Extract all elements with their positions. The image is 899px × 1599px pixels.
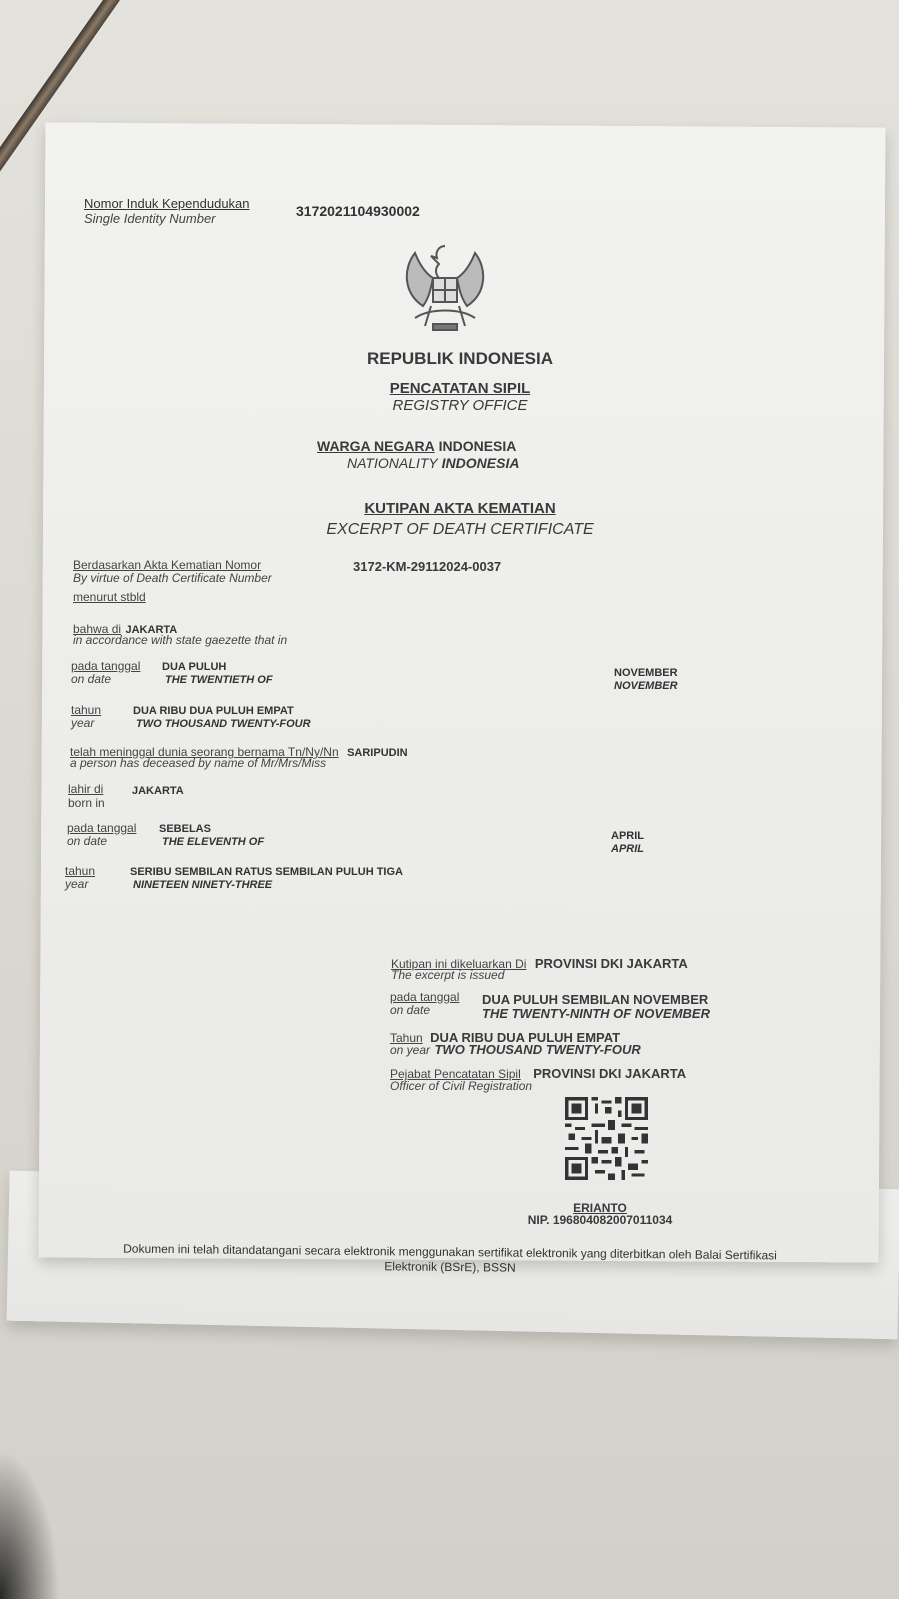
qr-code-icon[interactable] bbox=[565, 1097, 648, 1180]
place-label-en: in accordance with state gaezette that i… bbox=[73, 634, 287, 647]
issued-value: PROVINSI DKI JAKARTA bbox=[535, 956, 688, 971]
office-title: PENCATATAN SIPIL bbox=[300, 380, 620, 397]
officer-value: PROVINSI DKI JAKARTA bbox=[533, 1066, 686, 1081]
nik-value: 3172021104930002 bbox=[296, 203, 420, 219]
certificate-title-en: EXCERPT OF DEATH CERTIFICATE bbox=[300, 521, 620, 539]
birth-day: SEBELAS bbox=[159, 823, 211, 836]
death-year: DUA RIBU DUA PULUH EMPAT bbox=[133, 705, 294, 718]
nik-label-en: Single Identity Number bbox=[84, 212, 216, 225]
death-year-label-en: year bbox=[71, 717, 94, 730]
nationality-row: WARGA NEGARA INDONESIA bbox=[317, 438, 516, 454]
name-label-en: a person has deceased by name of Mr/Mrs/… bbox=[70, 757, 326, 770]
birth-year: SERIBU SEMBILAN RATUS SEMBILAN PULUH TIG… bbox=[130, 866, 403, 879]
birth-month: APRIL bbox=[611, 830, 644, 843]
death-month: NOVEMBER bbox=[614, 667, 678, 680]
name-value: SARIPUDIN bbox=[347, 747, 408, 759]
country-title: REPUBLIK INDONESIA bbox=[300, 349, 620, 369]
issued-label-en: The excerpt is issued bbox=[391, 969, 504, 982]
stbld-label: menurut stbld bbox=[73, 591, 146, 604]
death-month-en: NOVEMBER bbox=[614, 680, 678, 693]
officer-label-en: Officer of Civil Registration bbox=[390, 1080, 532, 1093]
birth-day-en: THE ELEVENTH OF bbox=[162, 836, 264, 849]
signer-nip: NIP. 196804082007011034 bbox=[500, 1213, 700, 1227]
death-day-en: THE TWENTIETH OF bbox=[165, 674, 273, 687]
garuda-emblem-icon bbox=[395, 238, 495, 338]
nationality-label-en: NATIONALITY bbox=[347, 455, 438, 471]
certificate-title: KUTIPAN AKTA KEMATIAN bbox=[300, 500, 620, 517]
office-title-en: REGISTRY OFFICE bbox=[300, 397, 620, 414]
birthplace-label-en: born in bbox=[68, 797, 105, 810]
issue-year-row-en: on year TWO THOUSAND TWENTY-FOUR bbox=[390, 1041, 641, 1059]
cert-number-value: 3172-KM-29112024-0037 bbox=[353, 559, 501, 574]
nationality-label: WARGA NEGARA bbox=[317, 438, 435, 454]
nationality-value: INDONESIA bbox=[439, 438, 517, 454]
issue-year-value-en: TWO THOUSAND TWENTY-FOUR bbox=[434, 1042, 640, 1057]
birth-date-label-en: on date bbox=[67, 835, 107, 848]
birth-year-label-en: year bbox=[65, 878, 88, 891]
birth-month-en: APRIL bbox=[611, 843, 644, 856]
issue-date-value-en: THE TWENTY-NINTH OF NOVEMBER bbox=[482, 1006, 710, 1021]
cert-number-label-en: By virtue of Death Certificate Number bbox=[73, 572, 272, 585]
issue-date-label-en: on date bbox=[390, 1004, 430, 1017]
nationality-row-en: NATIONALITY INDONESIA bbox=[347, 455, 519, 471]
death-year-en: TWO THOUSAND TWENTY-FOUR bbox=[136, 718, 311, 731]
birth-year-en: NINETEEN NINETY-THREE bbox=[133, 879, 272, 892]
background-shadow bbox=[0, 1450, 60, 1599]
issue-date-value: DUA PULUH SEMBILAN NOVEMBER bbox=[482, 992, 708, 1007]
birthplace-value: JAKARTA bbox=[132, 785, 184, 798]
issue-year-label-en: on year bbox=[390, 1043, 430, 1057]
nik-label: Nomor Induk Kependudukan bbox=[84, 197, 250, 210]
death-day: DUA PULUH bbox=[162, 661, 226, 674]
birthplace-label: lahir di bbox=[68, 783, 103, 796]
death-date-label-en: on date bbox=[71, 673, 111, 686]
nationality-value-en: INDONESIA bbox=[442, 455, 520, 471]
